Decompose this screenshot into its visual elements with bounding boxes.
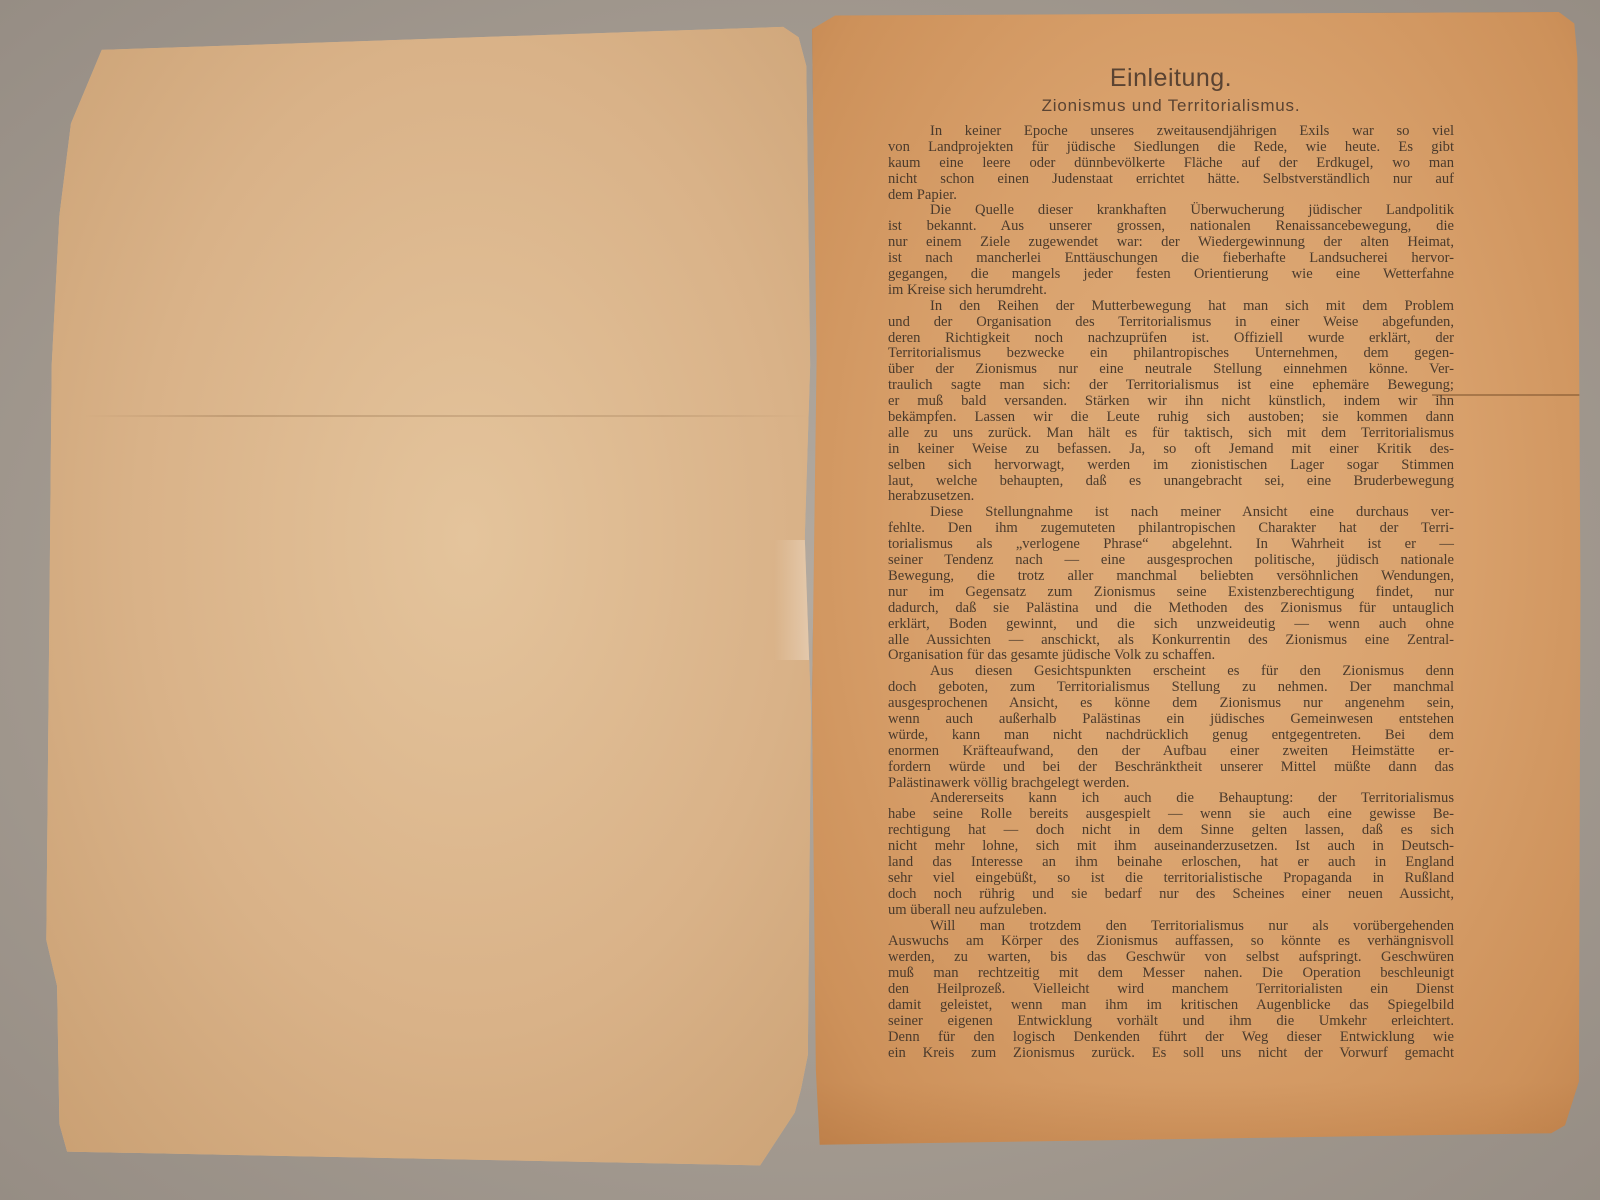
page-title: Einleitung. — [888, 64, 1454, 92]
text-line: werden, zu warten, bis das Geschwür von … — [888, 950, 1454, 966]
torn-edge — [774, 540, 814, 660]
photo-scene: Einleitung. Zionismus und Territorialism… — [0, 0, 1600, 1200]
text-line: rechtigung hat — doch nicht in dem Sinne… — [888, 823, 1454, 839]
text-line: Die Quelle dieser krankhaften Überwucher… — [888, 203, 1454, 219]
paragraph: Will man trotzdem den Territorialismus n… — [888, 919, 1454, 1062]
text-line: Palästinawerk völlig brachgelegt werden. — [888, 776, 1454, 792]
text-line: laut, welche behaupten, daß es unangebra… — [888, 474, 1454, 490]
text-line: Territorialismus bezwecke ein philantrop… — [888, 346, 1454, 362]
text-line: bekämpfen. Lassen wir die Leute ruhig si… — [888, 410, 1454, 426]
text-line: herabzusetzen. — [888, 489, 1454, 505]
text-line: selben sich hervorwagt, werden im zionis… — [888, 458, 1454, 474]
text-line: sehr viel eingebüßt, so ist die territor… — [888, 871, 1454, 887]
text-line: doch geboten, zum Territorialismus Stell… — [888, 680, 1454, 696]
text-line: im Kreise sich herumdreht. — [888, 283, 1454, 299]
text-line: erklärt, Boden gewinnt, und die sich unz… — [888, 617, 1454, 633]
text-line: In den Reihen der Mutterbewegung hat man… — [888, 299, 1454, 315]
page-content: Einleitung. Zionismus und Territorialism… — [888, 64, 1454, 1062]
text-line: land das Interesse an ihm beinahe erlosc… — [888, 855, 1454, 871]
text-line: Diese Stellungnahme ist nach meiner Ansi… — [888, 505, 1454, 521]
left-blank-page — [44, 20, 814, 1170]
text-line: würde, kann man nicht nachdrücklich genu… — [888, 728, 1454, 744]
text-line: in keiner Weise zu befassen. Ja, so oft … — [888, 442, 1454, 458]
text-line: den Heilprozeß. Vielleicht wird manchem … — [888, 982, 1454, 998]
text-line: traulich sagte man sich: der Territorial… — [888, 378, 1454, 394]
text-line: alle Aussichten — anschickt, als Konkurr… — [888, 633, 1454, 649]
text-line: seiner Tendenz nach — eine ausgesprochen… — [888, 553, 1454, 569]
text-line: ausgesprochenen Ansicht, es könne dem Zi… — [888, 696, 1454, 712]
page-crease — [84, 415, 808, 417]
text-line: und der Organisation des Territorialismu… — [888, 315, 1454, 331]
text-line: nicht mehr lohne, sich mit ihm auseinand… — [888, 839, 1454, 855]
text-line: ein Kreis zum Zionismus zurück. Es soll … — [888, 1046, 1454, 1062]
text-line: damit geleistet, wenn man ihm im kritisc… — [888, 998, 1454, 1014]
paragraph: Die Quelle dieser krankhaften Überwucher… — [888, 203, 1454, 298]
text-line: alle zu uns zurück. Man hält es für takt… — [888, 426, 1454, 442]
text-line: er muß bald versanden. Stärken wir ihn n… — [888, 394, 1454, 410]
page-fold-tear — [1432, 394, 1582, 396]
text-line: doch noch rührig und sie bedarf nur des … — [888, 887, 1454, 903]
text-line: um überall neu aufzuleben. — [888, 903, 1454, 919]
text-line: Organisation für das gesamte jüdische Vo… — [888, 648, 1454, 664]
text-line: nicht schon einen Judenstaat errichtet h… — [888, 172, 1454, 188]
text-line: von Landprojekten für jüdische Siedlunge… — [888, 140, 1454, 156]
text-line: muß man rechtzeitig mit dem Messer nahen… — [888, 966, 1454, 982]
text-line: habe seine Rolle bereits ausgespielt — w… — [888, 807, 1454, 823]
text-line: Bewegung, die trotz aller manchmal belie… — [888, 569, 1454, 585]
text-line: deren Richtigkeit noch nachzuprüfen ist.… — [888, 331, 1454, 347]
paragraph: Aus diesen Gesichtspunkten erscheint es … — [888, 664, 1454, 791]
text-line: seiner eigenen Entwicklung vorhält und i… — [888, 1014, 1454, 1030]
text-line: fordern würde und bei der Beschränktheit… — [888, 760, 1454, 776]
text-line: Will man trotzdem den Territorialismus n… — [888, 919, 1454, 935]
paragraph: Diese Stellungnahme ist nach meiner Ansi… — [888, 505, 1454, 664]
text-line: ist bekannt. Aus unserer grossen, nation… — [888, 219, 1454, 235]
text-line: In keiner Epoche unseres zweitausendjähr… — [888, 124, 1454, 140]
text-line: über der Zionismus nur eine neutrale Ste… — [888, 362, 1454, 378]
text-line: Auswuchs am Körper des Zionismus auffass… — [888, 934, 1454, 950]
text-line: fehlte. Den ihm zugemuteten philantropis… — [888, 521, 1454, 537]
right-text-page: Einleitung. Zionismus und Territorialism… — [812, 12, 1582, 1162]
text-line: ist nach mancherlei Enttäuschungen die f… — [888, 251, 1454, 267]
text-line: dadurch, daß sie Palästina und die Metho… — [888, 601, 1454, 617]
text-line: nur einem Ziele zugewendet war: der Wied… — [888, 235, 1454, 251]
text-line: wenn auch außerhalb Palästinas ein jüdis… — [888, 712, 1454, 728]
text-line: kaum eine leere oder dünnbevölkerte Fläc… — [888, 156, 1454, 172]
body-text: In keiner Epoche unseres zweitausendjähr… — [888, 124, 1454, 1062]
text-line: Andererseits kann ich auch die Behauptun… — [888, 791, 1454, 807]
page-shading — [812, 1082, 1582, 1162]
text-line: nur im Gegensatz zum Zionismus seine Exi… — [888, 585, 1454, 601]
page-subtitle: Zionismus und Territorialismus. — [888, 96, 1454, 116]
text-line: torialismus als „verlogene Phrase“ abgel… — [888, 537, 1454, 553]
paragraph: Andererseits kann ich auch die Behauptun… — [888, 791, 1454, 918]
paragraph: In keiner Epoche unseres zweitausendjähr… — [888, 124, 1454, 203]
paragraph: In den Reihen der Mutterbewegung hat man… — [888, 299, 1454, 506]
text-line: Aus diesen Gesichtspunkten erscheint es … — [888, 664, 1454, 680]
text-line: gegangen, die mangels jeder festen Orien… — [888, 267, 1454, 283]
text-line: enormen Kräfteaufwand, den der Aufbau ei… — [888, 744, 1454, 760]
text-line: Denn für den logisch Denkenden führt der… — [888, 1030, 1454, 1046]
